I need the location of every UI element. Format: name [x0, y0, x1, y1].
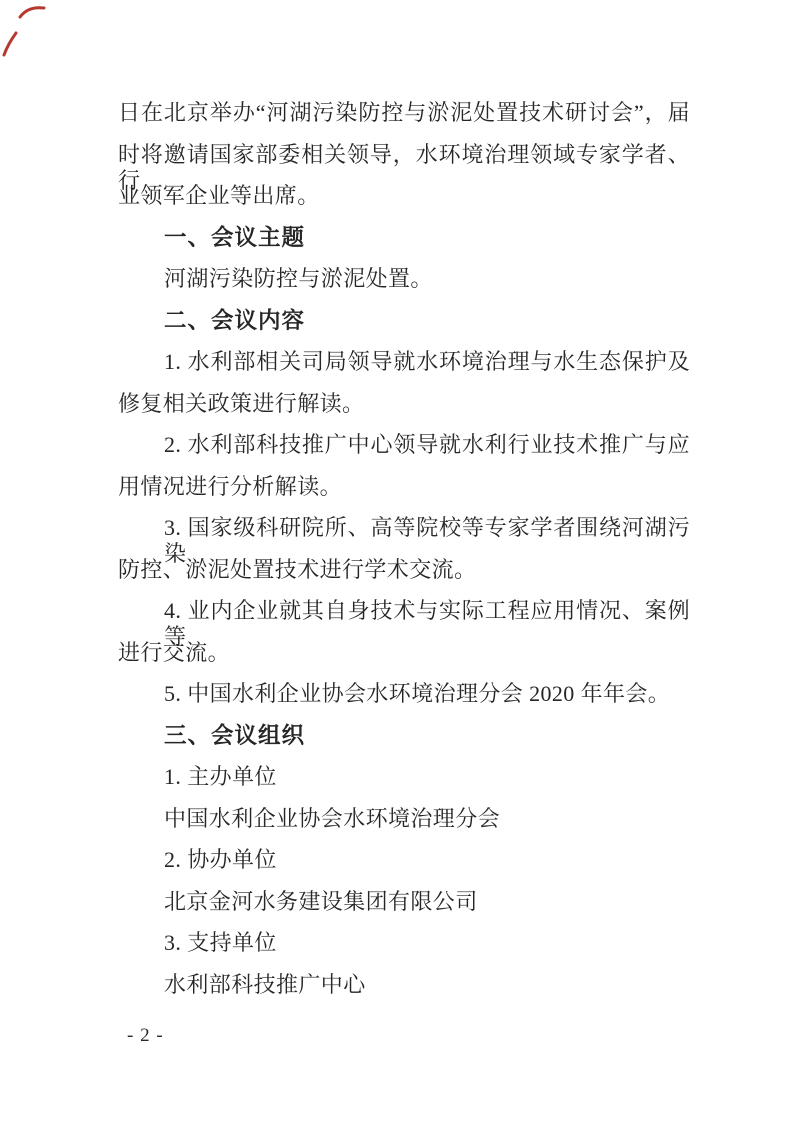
document-page: 日在北京举办“河湖污染防控与淤泥处置技术研讨会”，届时将邀请国家部委相关领导，水… — [0, 0, 800, 1131]
text-line: 防控、淤泥处置技术进行学术交流。 — [118, 557, 476, 583]
section-heading: 三、会议组织 — [164, 723, 305, 749]
red-pen-mark-stroke-2 — [4, 33, 16, 55]
text-line: 用情况进行分析解读。 — [118, 474, 342, 500]
text-line: 日在北京举办“河湖污染防控与淤泥处置技术研讨会”，届 — [118, 100, 690, 126]
text-line: 河湖污染防控与淤泥处置。 — [164, 266, 433, 292]
section-heading: 一、会议主题 — [164, 225, 305, 251]
text-line: 3. 支持单位 — [164, 930, 277, 956]
text-line: 1. 水利部相关司局领导就水环境治理与水生态保护及 — [164, 349, 690, 375]
text-line: 2. 水利部科技推广中心领导就水利行业技术推广与应 — [164, 432, 690, 458]
text-line: 业领军企业等出席。 — [118, 183, 320, 209]
text-line: 5. 中国水利企业协会水环境治理分会 2020 年年会。 — [164, 681, 670, 707]
text-line: 中国水利企业协会水环境治理分会 — [164, 806, 500, 832]
red-pen-mark-stroke-1 — [20, 8, 44, 17]
text-line: 2. 协办单位 — [164, 847, 277, 873]
text-line: 水利部科技推广中心 — [164, 972, 366, 998]
text-line: 1. 主办单位 — [164, 764, 277, 790]
text-line: 北京金河水务建设集团有限公司 — [164, 889, 478, 915]
text-line: 进行交流。 — [118, 640, 230, 666]
red-pen-marks — [0, 0, 60, 62]
text-line: 4. 业内企业就其自身技术与实际工程应用情况、案例等 — [164, 598, 690, 650]
text-line: 修复相关政策进行解读。 — [118, 391, 364, 417]
section-heading: 二、会议内容 — [164, 308, 305, 334]
page-number: - 2 - — [127, 1025, 164, 1047]
